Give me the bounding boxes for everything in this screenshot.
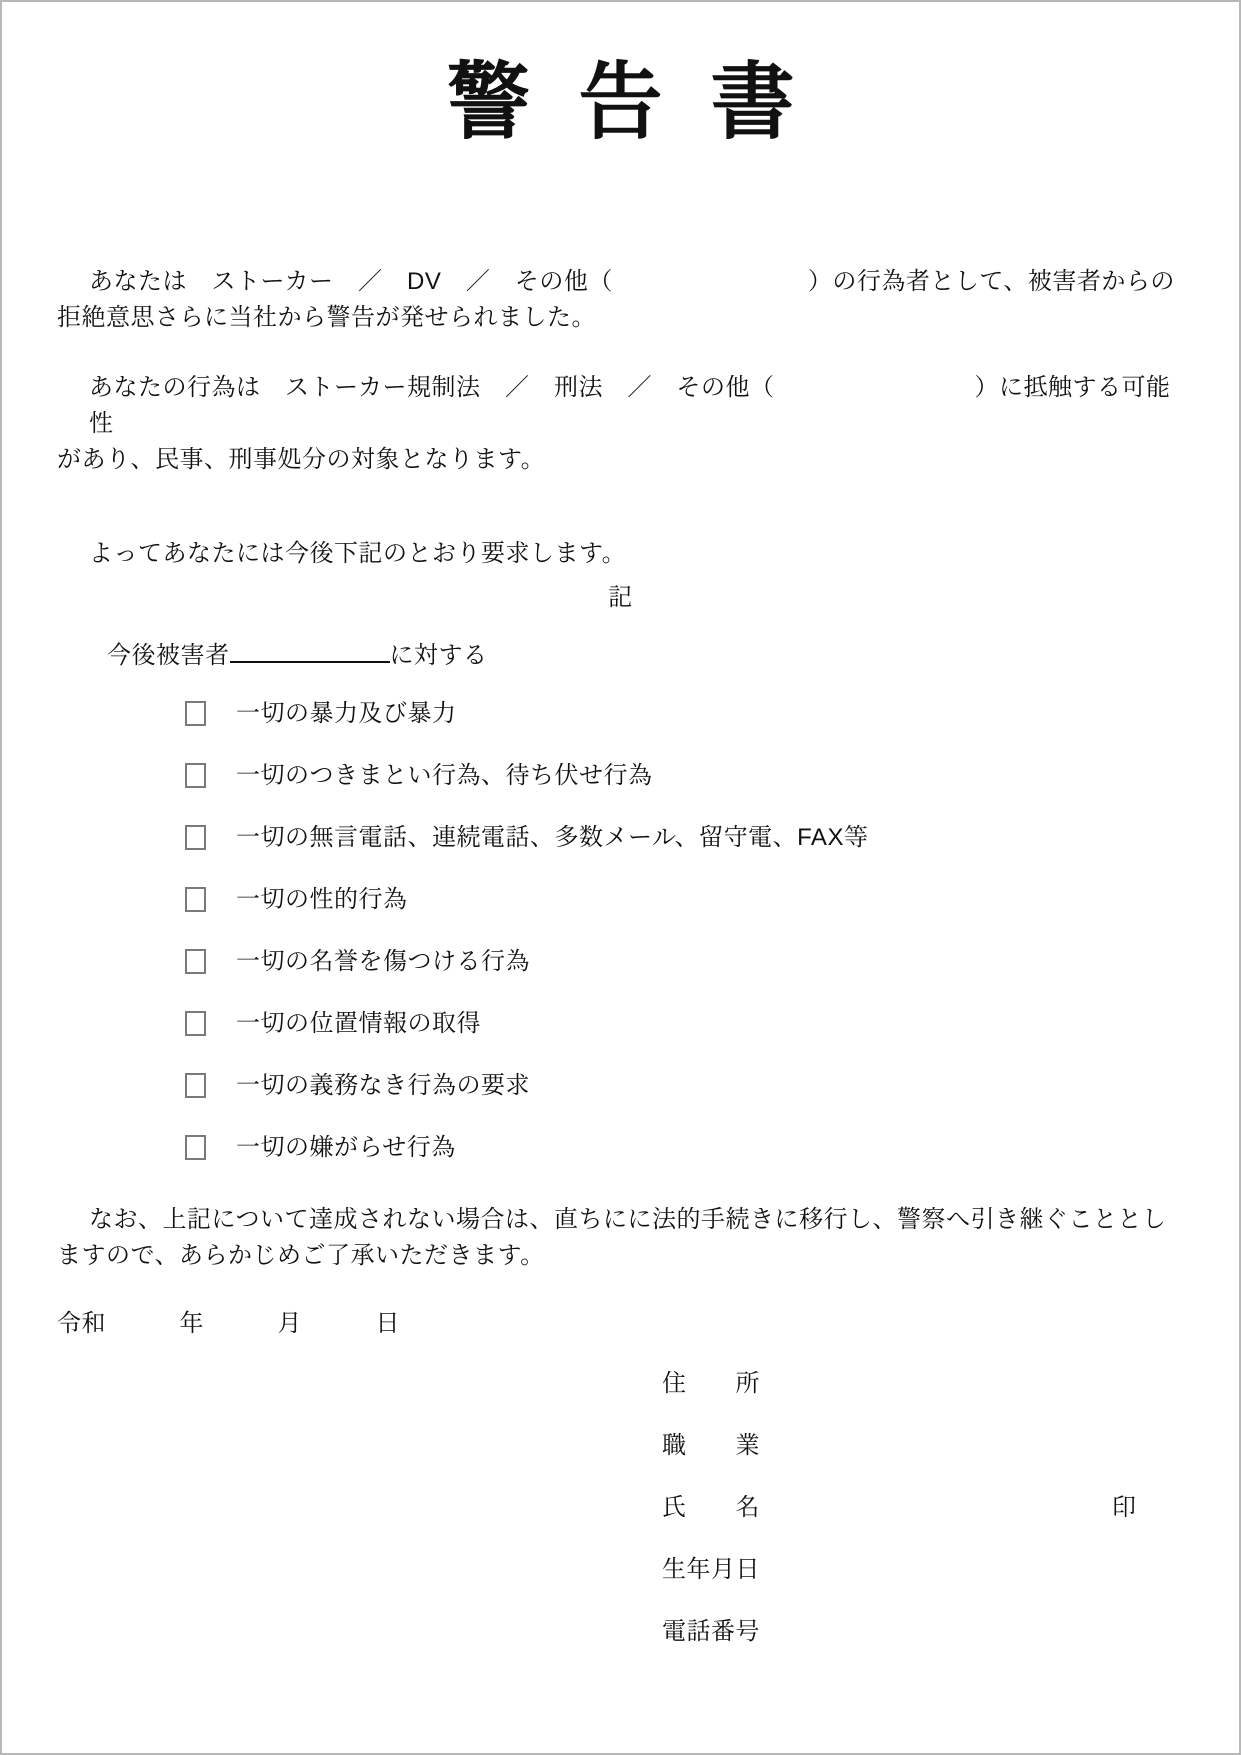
signature-block: 住 所 職 業 氏 名 印 生年月日 電話番号 <box>662 1366 1184 1650</box>
checkbox-icon[interactable] <box>185 1135 206 1160</box>
paragraph-line: があり、民事、刑事処分の対象となります。 <box>57 442 1184 478</box>
title-char: 書 <box>711 52 795 152</box>
checklist-item-label: 一切の名誉を傷つける行為 <box>236 944 530 980</box>
checklist-item: 一切の嫌がらせ行為 <box>185 1130 1184 1166</box>
checklist-item: 一切の暴力及び暴力 <box>185 696 1184 732</box>
checklist-item-label: 一切の無言電話、連続電話、多数メール、留守電、FAX等 <box>236 820 868 856</box>
paragraph-law: あなたの行為は ストーカー規制法 ／ 刑法 ／ その他（）に抵触する可能性 があ… <box>57 370 1184 478</box>
checkbox-icon[interactable] <box>185 825 206 850</box>
closing-paragraph: なお、上記について達成されない場合は、直ちにに法的手続きに移行し、警察へ引き継ぐ… <box>57 1202 1184 1274</box>
checklist-item: 一切の性的行為 <box>185 882 1184 918</box>
signature-label: 電話番号 <box>662 1618 760 1645</box>
signature-row-birthdate: 生年月日 <box>662 1552 1184 1588</box>
checkbox-icon[interactable] <box>185 1073 206 1098</box>
checklist-item: 一切の無言電話、連続電話、多数メール、留守電、FAX等 <box>185 820 1184 856</box>
title-char: 警 <box>446 52 530 152</box>
checklist-item: 一切の位置情報の取得 <box>185 1006 1184 1042</box>
signature-label: 職 業 <box>662 1432 760 1459</box>
signature-label: 住 所 <box>662 1370 760 1397</box>
warning-letter-page: 警 告 書 あなたは ストーカー ／ DV ／ その他（）の行為者として、被害者… <box>0 0 1241 1755</box>
signature-label: 生年月日 <box>662 1556 760 1583</box>
prohibited-acts-checklist: 一切の暴力及び暴力 一切のつきまとい行為、待ち伏せ行為 一切の無言電話、連続電話… <box>57 696 1184 1166</box>
checklist-item-label: 一切の暴力及び暴力 <box>236 696 457 732</box>
checkbox-icon[interactable] <box>185 887 206 912</box>
document-title: 警 告 書 <box>57 52 1184 152</box>
signature-row-name: 氏 名 印 <box>662 1490 1184 1526</box>
paragraph-demand: よってあなたには今後下記のとおり要求します。 <box>57 536 1184 572</box>
subject-line: 今後被害者に対する <box>57 638 1184 674</box>
subject-text-after: に対する <box>390 642 488 669</box>
checklist-item: 一切の名誉を傷つける行為 <box>185 944 1184 980</box>
checkbox-icon[interactable] <box>185 1011 206 1036</box>
checklist-item-label: 一切のつきまとい行為、待ち伏せ行為 <box>236 758 653 794</box>
paragraph-text: あなたの行為は ストーカー規制法 ／ 刑法 ／ その他（ <box>89 374 775 401</box>
title-char: 告 <box>578 52 662 152</box>
checklist-item-label: 一切の位置情報の取得 <box>236 1006 481 1042</box>
checklist-item-label: 一切の義務なき行為の要求 <box>236 1068 530 1104</box>
paragraph-line: あなたの行為は ストーカー規制法 ／ 刑法 ／ その他（）に抵触する可能性 <box>57 370 1184 442</box>
seal-stamp-mark: 印 <box>1112 1490 1137 1526</box>
date-line: 令和 年 月 日 <box>57 1306 1184 1342</box>
checklist-item-label: 一切の嫌がらせ行為 <box>236 1130 456 1166</box>
paragraph-line: 拒絶意思さらに当社から警告が発せられました。 <box>57 300 1184 336</box>
checkbox-icon[interactable] <box>185 949 206 974</box>
paragraph-offender: あなたは ストーカー ／ DV ／ その他（）の行為者として、被害者からの 拒絶… <box>57 264 1184 336</box>
signature-row-occupation: 職 業 <box>662 1428 1184 1464</box>
checklist-item-label: 一切の性的行為 <box>236 882 408 918</box>
checkbox-icon[interactable] <box>185 701 206 726</box>
signature-row-phone: 電話番号 <box>662 1614 1184 1650</box>
subject-text-before: 今後被害者 <box>107 642 230 669</box>
checkbox-icon[interactable] <box>185 763 206 788</box>
checklist-item: 一切のつきまとい行為、待ち伏せ行為 <box>185 758 1184 794</box>
paragraph-line: なお、上記について達成されない場合は、直ちにに法的手続きに移行し、警察へ引き継ぐ… <box>57 1202 1184 1238</box>
checklist-item: 一切の義務なき行為の要求 <box>185 1068 1184 1104</box>
paragraph-line: あなたは ストーカー ／ DV ／ その他（）の行為者として、被害者からの <box>57 264 1184 300</box>
paragraph-text: あなたは ストーカー ／ DV ／ その他（ <box>89 268 613 295</box>
signature-label: 氏 名 <box>662 1494 760 1521</box>
paragraph-line: ますので、あらかじめご了承いただきます。 <box>57 1238 1184 1274</box>
signature-row-address: 住 所 <box>662 1366 1184 1402</box>
subject-underline-blank <box>230 661 390 663</box>
section-marker: 記 <box>57 580 1184 616</box>
paragraph-text: ）の行為者として、被害者からの <box>808 268 1175 295</box>
